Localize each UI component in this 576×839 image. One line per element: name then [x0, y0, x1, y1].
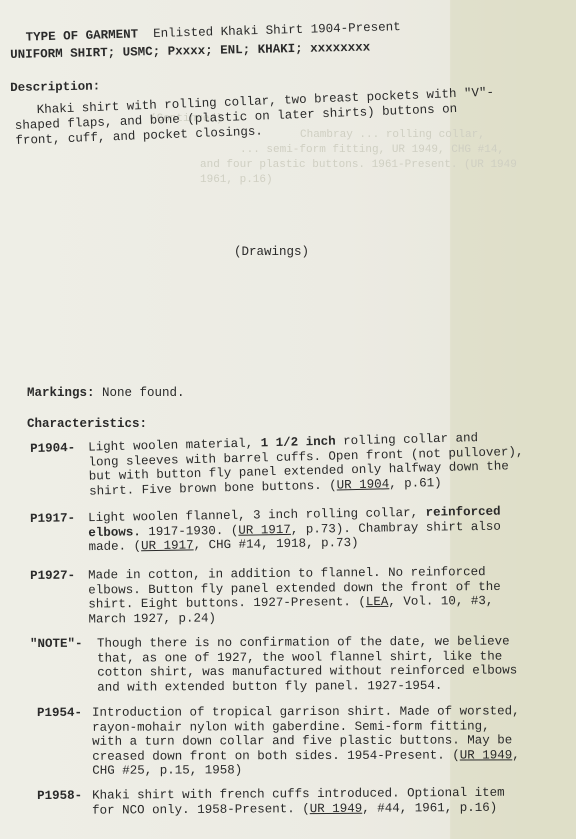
characteristic-text: Light woolen flannel, 3 inch rolling col…: [88, 505, 501, 555]
characteristic-code: P1954-: [37, 706, 82, 721]
markings-label: Markings:: [27, 386, 95, 400]
description-heading: Description:: [10, 78, 100, 96]
characteristic-code: P1917-: [30, 511, 75, 526]
markings-line: Markings: None found.: [27, 385, 185, 401]
characteristics-heading: Characteristics:: [27, 416, 147, 432]
characteristic-line: Though there is no confirmation of the d…: [97, 634, 517, 651]
garment-type-label: TYPE OF GARMENT: [25, 27, 138, 44]
bleed-through-text: ... semi-form fitting, UR 1949, CHG #14,: [240, 143, 504, 157]
characteristic-line: CHG #25, p.15, 1958): [92, 762, 520, 778]
markings-value: None found.: [102, 386, 185, 400]
characteristic-code: "NOTE"-: [30, 637, 83, 652]
characteristic-line: for NCO only. 1958-Present. (UR 1949, #4…: [92, 800, 505, 817]
characteristic-text: Introduction of tropical garrison shirt.…: [92, 704, 520, 778]
characteristic-line: and with extended button fly panel. 1927…: [97, 678, 517, 695]
characteristic-code: P1904-: [30, 441, 75, 457]
characteristic-text: Though there is no confirmation of the d…: [97, 634, 517, 694]
characteristic-code: P1958-: [37, 789, 82, 804]
characteristic-line: Introduction of tropical garrison shirt.…: [92, 704, 520, 720]
characteristic-text: Light woolen material, 1 1/2 inch rollin…: [88, 430, 524, 499]
characteristic-line: cotton shirt, was manufactured without r…: [97, 663, 517, 680]
drawings-placeholder: (Drawings): [234, 244, 309, 260]
characteristic-text: Made in cotton, in addition to flannel. …: [88, 565, 501, 627]
characteristic-text: Khaki shirt with french cuffs introduced…: [92, 786, 505, 818]
bleed-through-text: and four plastic buttons. 1961-Present. …: [200, 158, 517, 172]
characteristic-line: creased down front on both sides. 1954-P…: [92, 748, 520, 764]
characteristic-line: rayon-mohair nylon with gaberdine. Semi-…: [92, 719, 520, 735]
characteristic-line: with a turn down collar and five plastic…: [92, 733, 520, 749]
characteristic-code: P1927-: [30, 569, 75, 584]
bleed-through-text: 1961, p.16): [200, 173, 273, 187]
